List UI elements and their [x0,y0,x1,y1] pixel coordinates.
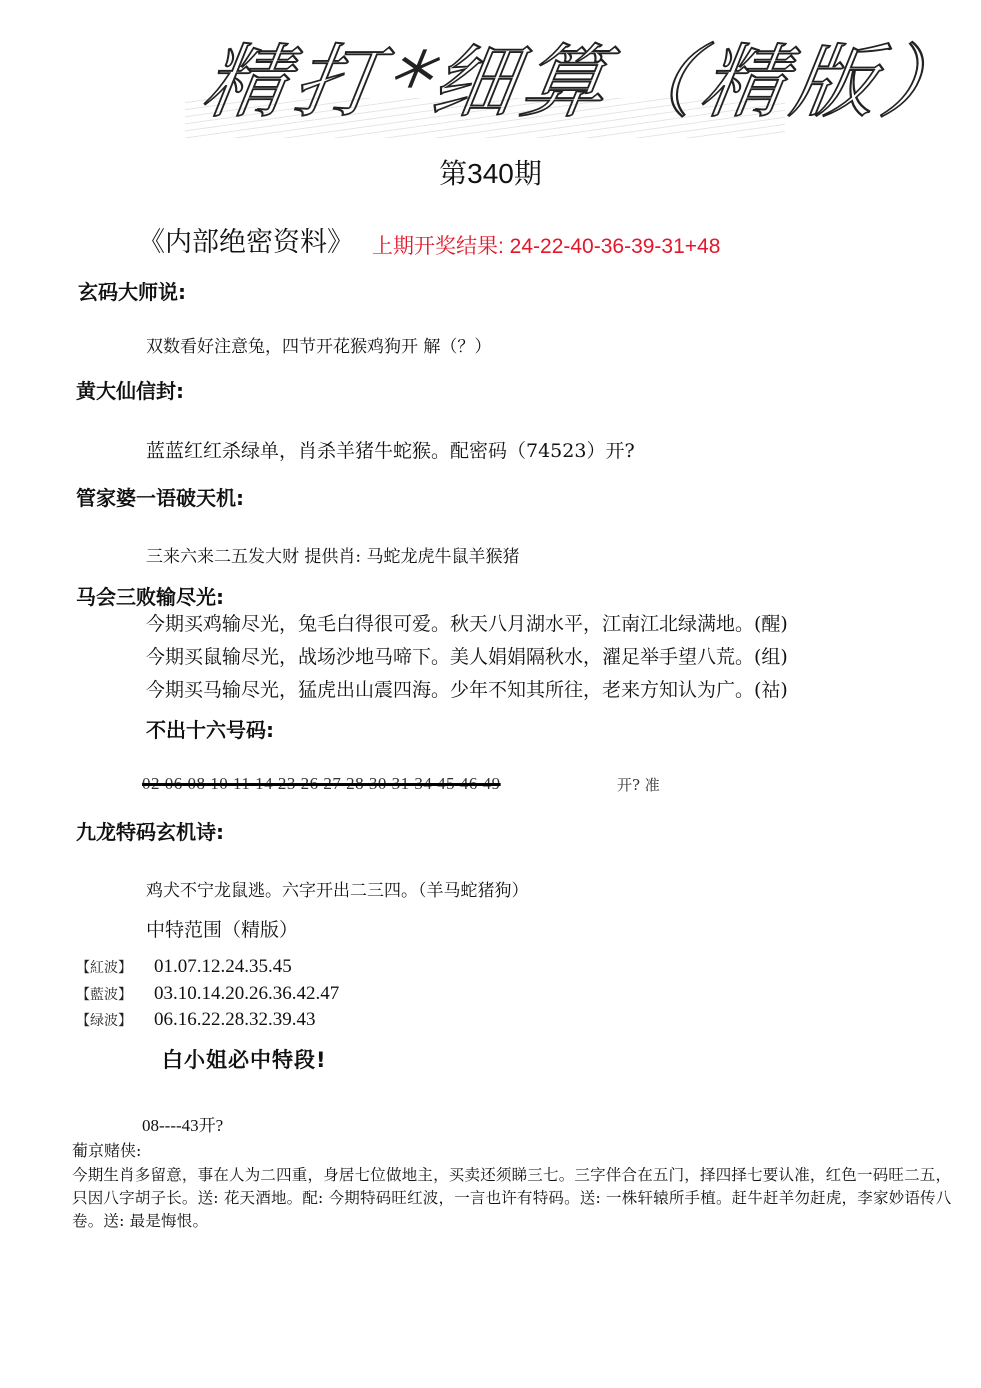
section-heading-range: 中特范围（精版） [146,915,298,942]
issue-number: 第340期 [0,152,981,192]
section-text-bai: 08----43开? [142,1111,223,1136]
wave-label-red: 【紅波】 [76,957,154,977]
wave-numbers-blue: 03.10.14.20.26.36.42.47 [154,983,339,1004]
section-heading-no16: 不出十六号码: [146,714,274,743]
wave-row-red: 【紅波】01.07.12.24.35.45 [76,956,292,978]
section-heading-jiulong: 九龙特码玄机诗: [76,816,224,845]
wave-numbers-red: 01.07.12.24.35.45 [154,956,292,977]
mahui-line-1: 今期买鸡输尽光，兔毛白得很可爱。秋天八月湖水平，江南江北绿满地。(醒) [146,609,788,636]
section-heading-guanjiapo: 管家婆一语破天机: [76,482,244,511]
wave-label-blue: 【藍波】 [76,984,154,1004]
section-text-jiulong: 鸡犬不宁龙鼠逃。六字开出二三四。（羊马蛇猪狗） [146,876,529,901]
wave-numbers-green: 06.16.22.28.32.39.43 [154,1009,316,1030]
section-text-guanjiapo: 三来六来二五发大财 提供肖: 马蛇龙虎牛鼠羊猴猪 [146,542,520,567]
wave-row-green: 【绿波】06.16.22.28.32.39.43 [76,1009,316,1031]
wave-row-blue: 【藍波】03.10.14.20.26.36.42.47 [76,983,339,1005]
title-banner: 精打*细算（精版） [185,28,785,138]
mahui-line-2: 今期买鼠输尽光，战场沙地马啼下。美人娟娟隔秋水，濯足举手望八荒。(组) [146,642,788,669]
document-title: 《内部绝密资料》 [138,220,354,259]
section-heading-bai: 白小姐必中特段! [162,1044,327,1074]
banner-title: 精打*细算（精版） [195,42,981,122]
section-heading-huangdaxian: 黄大仙信封: [76,375,184,404]
section-heading-mahui: 马会三败输尽光: [76,581,224,610]
section-heading-xuanma: 玄码大师说: [78,276,186,305]
wave-label-green: 【绿波】 [76,1010,154,1030]
section-text-huangdaxian: 蓝蓝红红杀绿单，肖杀羊猪牛蛇猴。配密码（74523）开? [146,436,635,463]
section-text-pujing: 今期生肖多留意，事在人为二四重，身居七位做地主，买卖还须睇三七。三字伴合在五门，… [72,1164,952,1233]
last-draw-result: 上期开奖结果: 24-22-40-36-39-31+48 [372,230,720,260]
struck-number-tail: 开? 准 [617,774,660,795]
struck-number-list: 02 06 08 10 11 14 23 26 27 28 30 31 34 4… [142,774,501,794]
mahui-line-3: 今期买马输尽光，猛虎出山震四海。少年不知其所往，老来方知认为广。(祜) [146,675,788,702]
section-heading-pujing: 葡京赌侠: [72,1138,141,1161]
section-text-xuanma: 双数看好注意兔，四节开花猴鸡狗开 解（？） [146,332,491,357]
